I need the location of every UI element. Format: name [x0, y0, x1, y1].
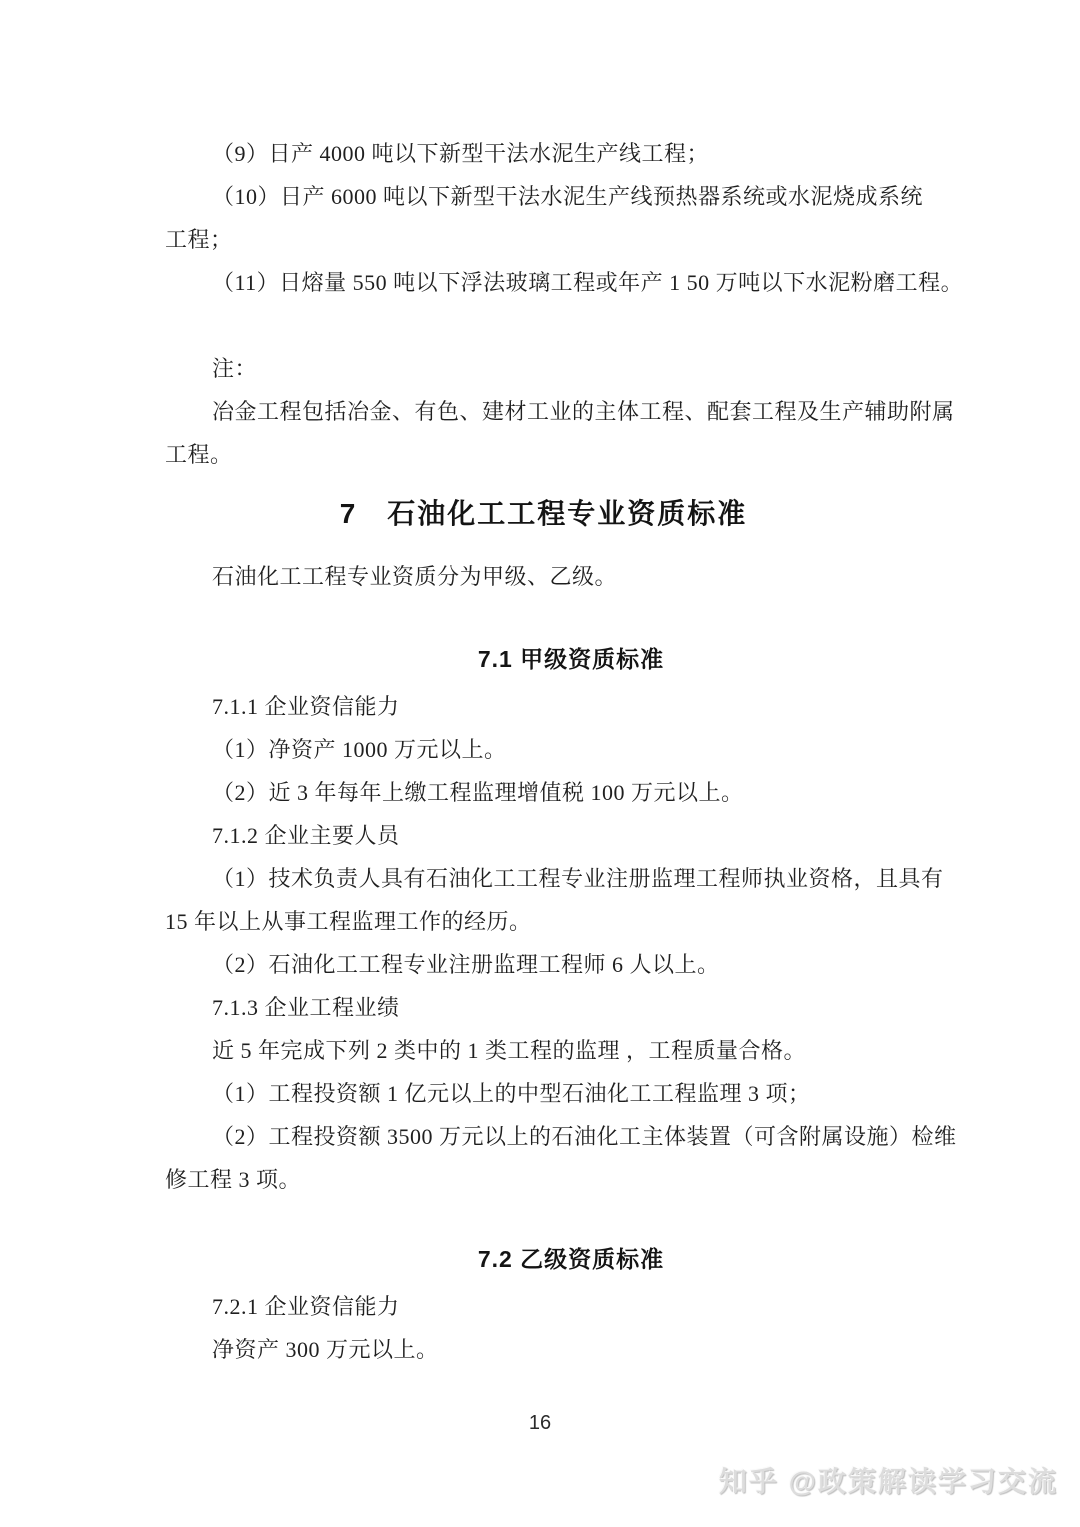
clause-7-1-1-title: 7.1.1 企业资信能力: [165, 685, 922, 728]
clause-7-1-2-item-1-continued: 15 年以上从事工程监理工作的经历。: [165, 900, 922, 943]
note-text: 冶金工程包括冶金、有色、建材工业的主体工程、配套工程及生产辅助附属: [165, 390, 922, 433]
clause-7-1-1-item-1: （1）净资产 1000 万元以上。: [165, 728, 922, 771]
list-item-11: （11）日熔量 550 吨以下浮法玻璃工程或年产 1 50 万吨以下水泥粉磨工程…: [165, 261, 922, 304]
chapter-intro: 石油化工工程专业资质分为甲级、乙级。: [165, 555, 922, 598]
clause-7-2-1-text: 净资产 300 万元以上。: [165, 1328, 922, 1371]
section-heading-7-1: 7.1 甲级资质标准: [165, 638, 922, 681]
chapter-heading: 7 石油化工工程专业资质标准: [165, 486, 922, 542]
list-item-9: （9）日产 4000 吨以下新型干法水泥生产线工程；: [165, 132, 922, 175]
document-body: （9）日产 4000 吨以下新型干法水泥生产线工程； （10）日产 6000 吨…: [165, 132, 922, 1371]
clause-7-1-3-item-1: （1）工程投资额 1 亿元以上的中型石油化工工程监理 3 项；: [165, 1072, 922, 1115]
clause-7-1-2-item-2: （2）石油化工工程专业注册监理工程师 6 人以上。: [165, 943, 922, 986]
clause-7-1-1-item-2: （2）近 3 年每年上缴工程监理增值税 100 万元以上。: [165, 771, 922, 814]
page-number: 16: [0, 1408, 1080, 1438]
watermark: 知乎 @政策解读学习交流: [719, 1464, 1058, 1500]
list-item-10: （10）日产 6000 吨以下新型干法水泥生产线预热器系统或水泥烧成系统: [165, 175, 922, 218]
note-text-continued: 工程。: [165, 433, 922, 476]
clause-7-2-1-title: 7.2.1 企业资信能力: [165, 1285, 922, 1328]
clause-7-1-2-item-1: （1）技术负责人具有石油化工工程专业注册监理工程师执业资格，且具有: [165, 857, 922, 900]
document-page: （9）日产 4000 吨以下新型干法水泥生产线工程； （10）日产 6000 吨…: [0, 0, 1080, 1527]
clause-7-1-3-intro: 近 5 年完成下列 2 类中的 1 类工程的监理 ，工程质量合格。: [165, 1029, 922, 1072]
clause-7-1-3-item-2-continued: 修工程 3 项。: [165, 1158, 922, 1201]
clause-7-1-3-title: 7.1.3 企业工程业绩: [165, 986, 922, 1029]
clause-7-1-3-item-2: （2）工程投资额 3500 万元以上的石油化工主体装置（可含附属设施）检维: [165, 1115, 922, 1158]
list-item-10-continued: 工程；: [165, 218, 922, 261]
section-heading-7-2: 7.2 乙级资质标准: [165, 1238, 922, 1281]
note-label: 注：: [165, 347, 922, 390]
clause-7-1-2-title: 7.1.2 企业主要人员: [165, 814, 922, 857]
